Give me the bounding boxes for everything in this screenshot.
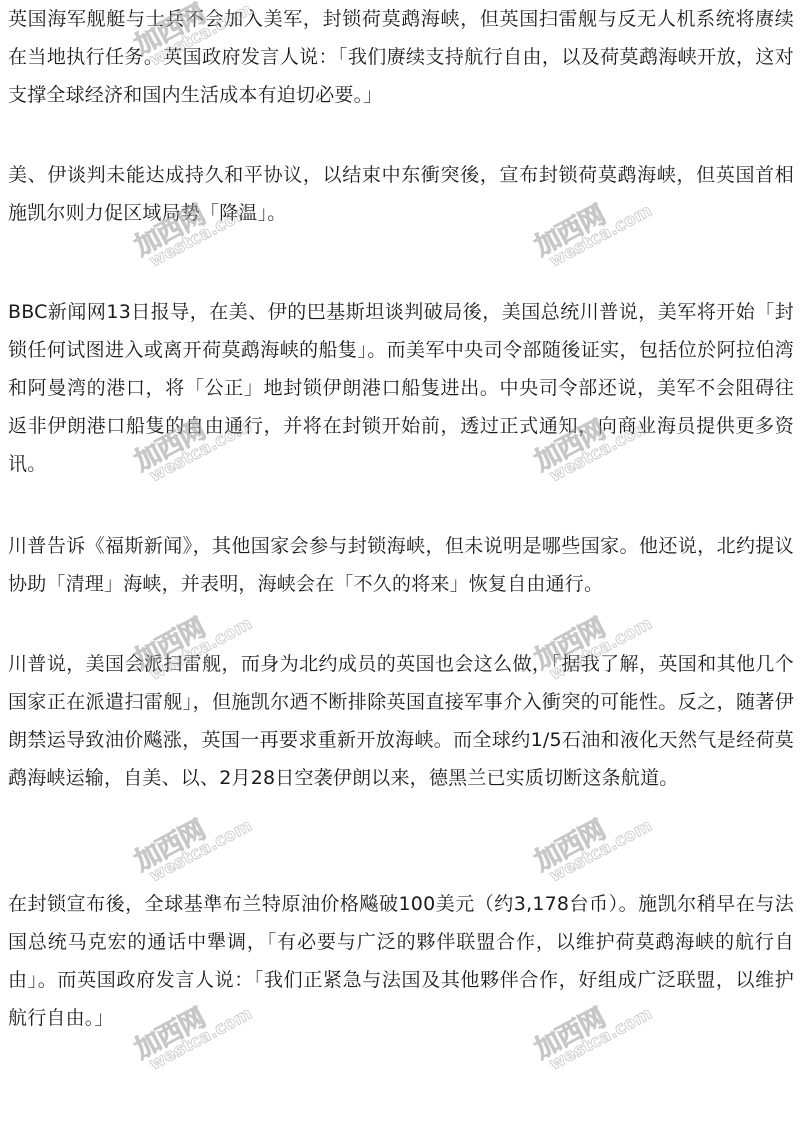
- watermark-logo-text: 加西网: [127, 810, 211, 878]
- paragraph-uk-navy: 英国海军舰艇与士兵不会加入美军，封锁荷莫鹉海峡，但英国扫雷舰与反无人机系统将赓续…: [8, 0, 794, 114]
- paragraph-bbc-report: BBC新闻网13日报导，在美、伊的巴基斯坦谈判破局後，美国总统川普说，美军将开始…: [8, 293, 794, 483]
- watermark-logo-text: 加西网: [527, 810, 611, 878]
- paragraph-oil-price: 在封锁宣布後，全球基準布兰特原油价格飚破100美元（约3,178台币）。施凯尔稍…: [8, 885, 794, 1037]
- watermark-url-text: westca.com: [546, 816, 655, 887]
- watermark-url-text: westca.com: [146, 816, 255, 887]
- paragraph-fox-news: 川普告诉《福斯新闻》，其他国家会参与封锁海峡，但未说明是哪些国家。他还说，北约提…: [8, 527, 794, 603]
- paragraph-talks-failed: 美、伊谈判未能达成持久和平协议，以结束中东衝突後，宣布封锁荷莫鹉海峡，但英国首相…: [8, 156, 794, 232]
- paragraph-minesweepers: 川普说，美国会派扫雷舰，而身为北约成员的英国也会这么做，「据我了解，英国和其他几…: [8, 645, 794, 797]
